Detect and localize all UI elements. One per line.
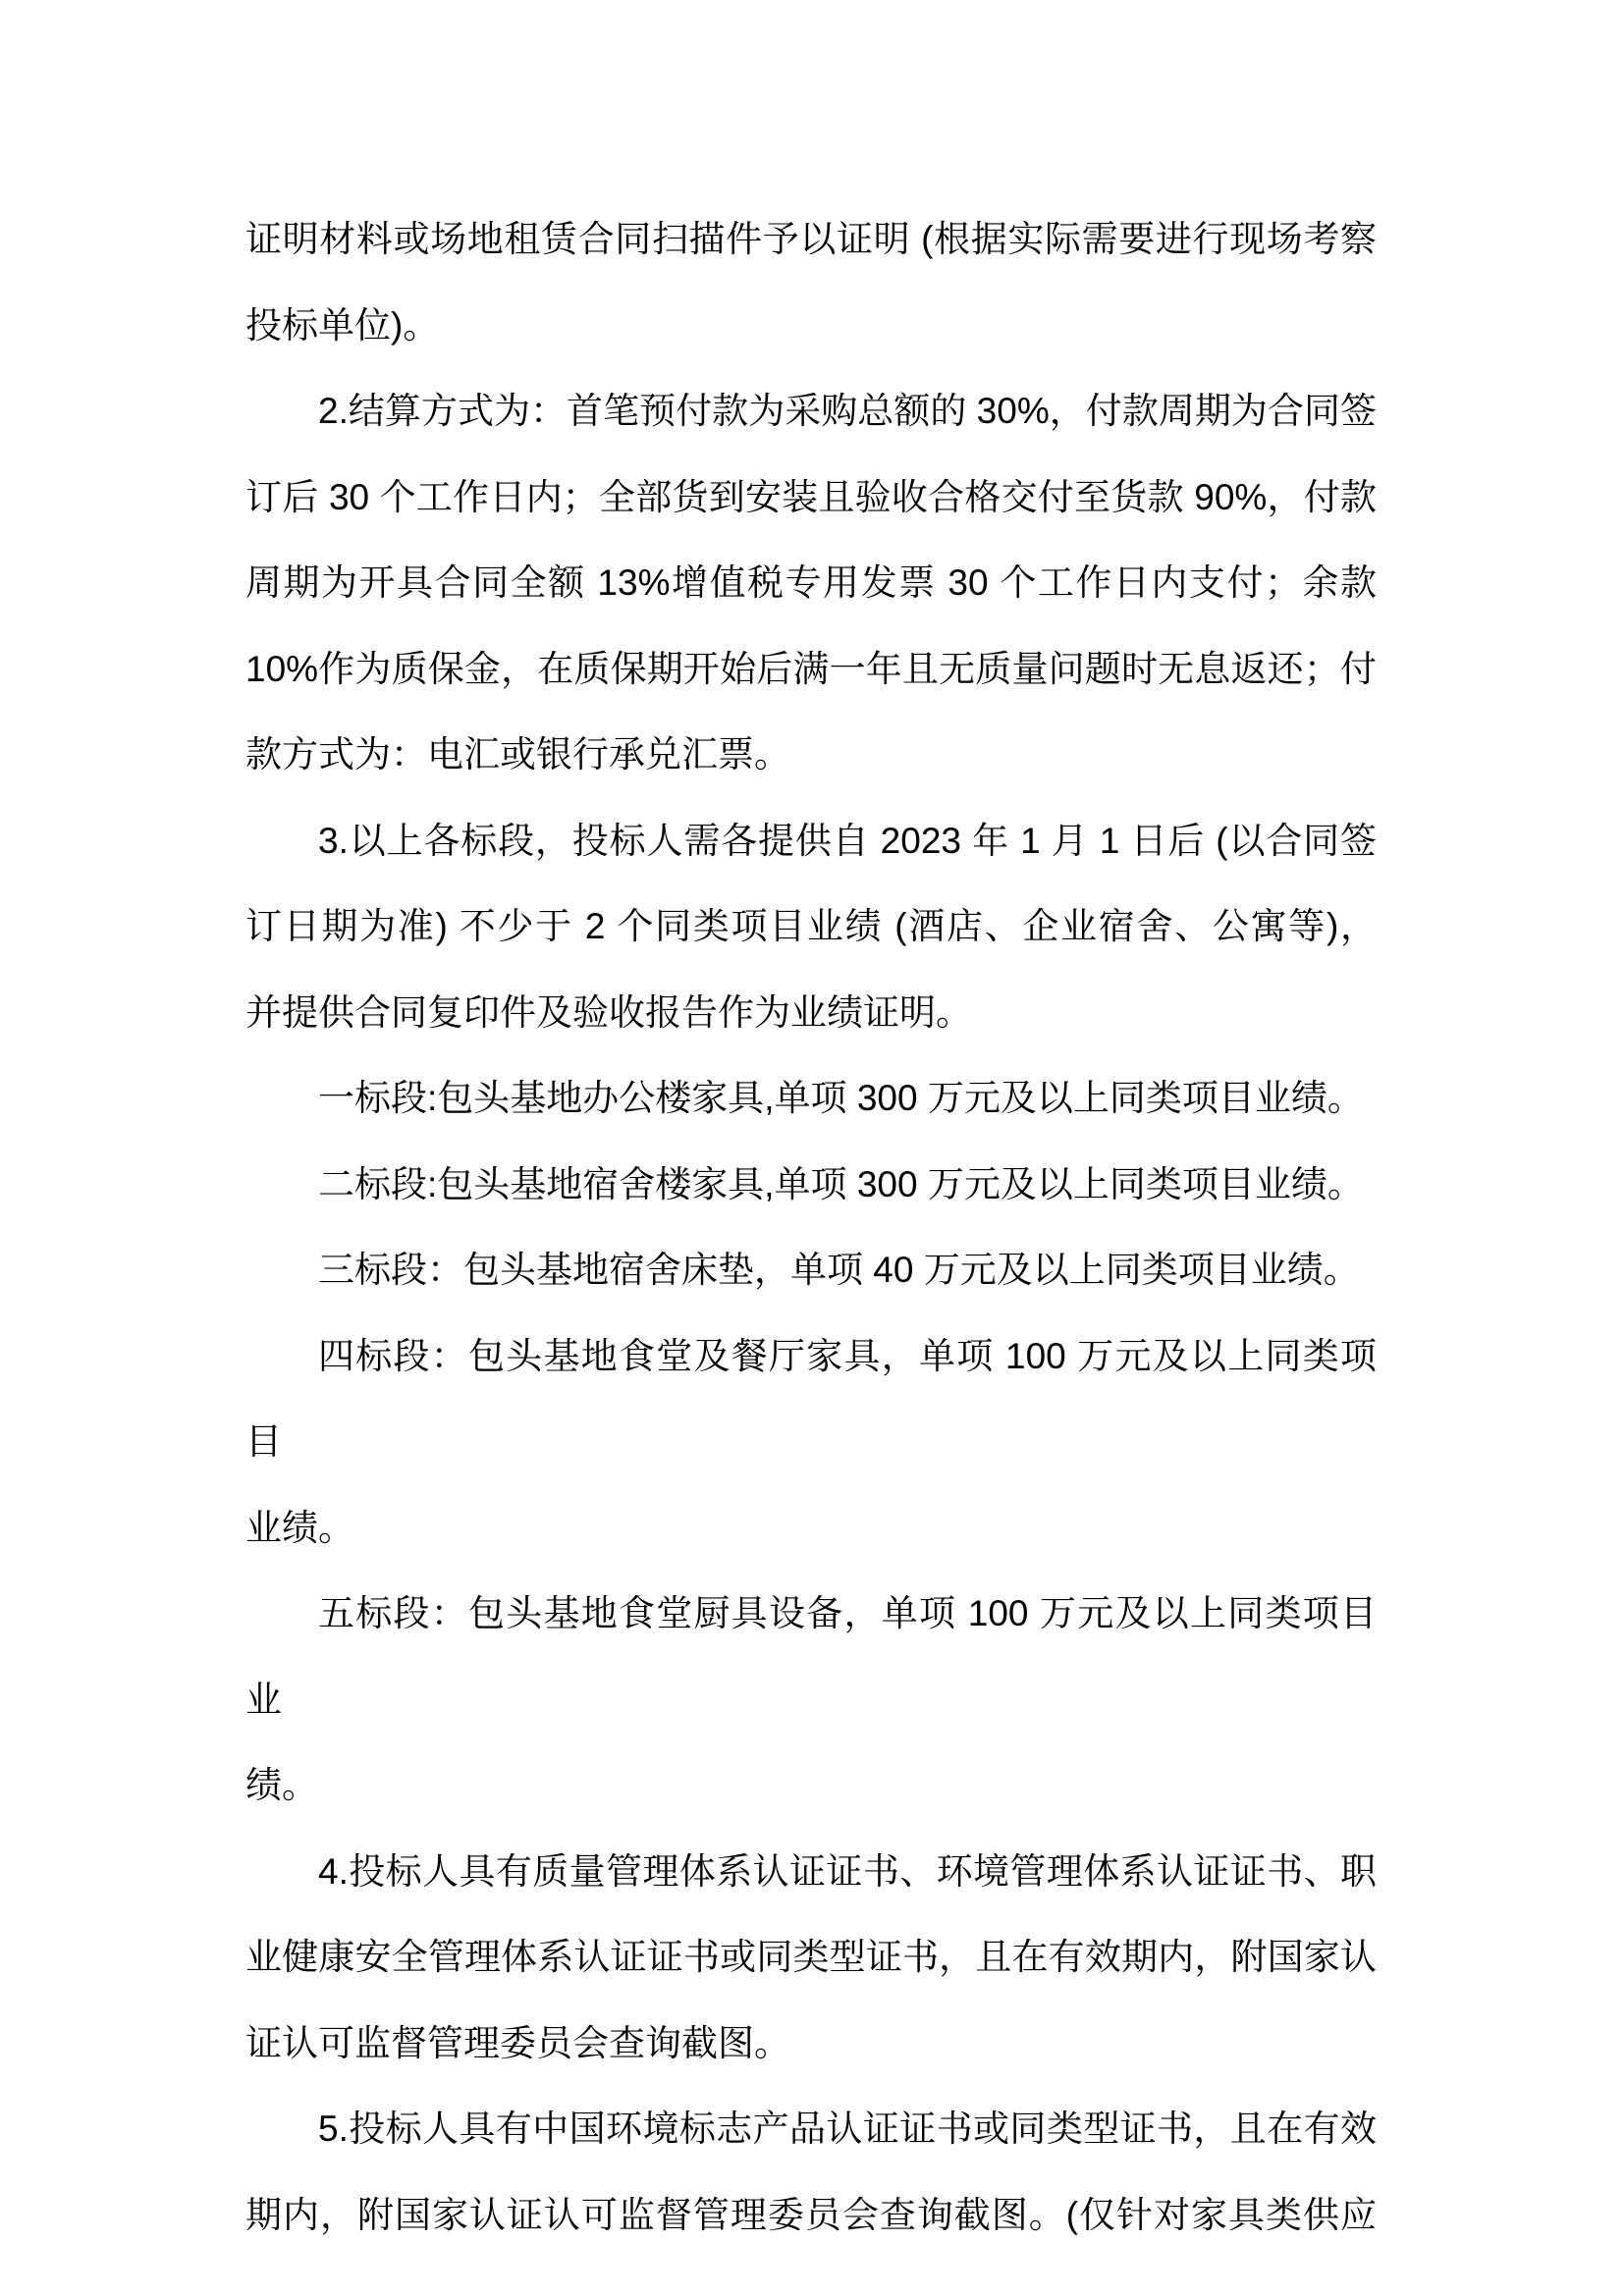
document-text: 证明材料或场地租赁合同扫描件予以证明 (根据实际需要进行现场考察 投标单位)。 … [245, 196, 1377, 2258]
paragraph: 3.以上各标段，投标人需各提供自 2023 年 1 月 1 日后 (以合同签 订… [245, 798, 1377, 1056]
text-line: 订后 30 个工作日内；全部货到安装且验收合格交付至货款 90%，付款 [245, 454, 1377, 541]
paragraph: 三标段：包头基地宿舍床垫，单项 40 万元及以上同类项目业绩。 [245, 1227, 1377, 1313]
paragraph: 一标段:包头基地办公楼家具,单项 300 万元及以上同类项目业绩。 [245, 1055, 1377, 1142]
text-line: 期内，附国家认证认可监督管理委员会查询截图。(仅针对家具类供应 [245, 2172, 1377, 2259]
text-line: 三标段：包头基地宿舍床垫，单项 40 万元及以上同类项目业绩。 [245, 1227, 1377, 1313]
paragraph: 证明材料或场地租赁合同扫描件予以证明 (根据实际需要进行现场考察 投标单位)。 [245, 196, 1377, 368]
text-line: 款方式为：电汇或银行承兑汇票。 [245, 712, 1377, 798]
paragraph: 五标段：包头基地食堂厨具设备，单项 100 万元及以上同类项目业 绩。 [245, 1571, 1377, 1829]
paragraph: 5.投标人具有中国环境标志产品认证证书或同类型证书，且在有效 期内，附国家认证认… [245, 2086, 1377, 2258]
paragraph: 四标段：包头基地食堂及餐厅家具，单项 100 万元及以上同类项目 业绩。 [245, 1313, 1377, 1572]
text-line: 业健康安全管理体系认证证书或同类型证书，且在有效期内，附国家认 [245, 1914, 1377, 2001]
text-line: 4.投标人具有质量管理体系认证证书、环境管理体系认证证书、职 [245, 1829, 1377, 1915]
text-line: 2.结算方式为：首笔预付款为采购总额的 30%，付款周期为合同签 [245, 368, 1377, 454]
text-line: 5.投标人具有中国环境标志产品认证证书或同类型证书，且在有效 [245, 2086, 1377, 2172]
text-line: 3.以上各标段，投标人需各提供自 2023 年 1 月 1 日后 (以合同签 [245, 798, 1377, 884]
text-line: 绩。 [245, 1742, 1377, 1829]
paragraph: 2.结算方式为：首笔预付款为采购总额的 30%，付款周期为合同签 订后 30 个… [245, 368, 1377, 798]
text-line: 周期为开具合同全额 13%增值税专用发票 30 个工作日内支付；余款 [245, 540, 1377, 626]
paragraph: 4.投标人具有质量管理体系认证证书、环境管理体系认证证书、职 业健康安全管理体系… [245, 1829, 1377, 2087]
text-line: 一标段:包头基地办公楼家具,单项 300 万元及以上同类项目业绩。 [245, 1055, 1377, 1142]
text-line: 二标段:包头基地宿舍楼家具,单项 300 万元及以上同类项目业绩。 [245, 1142, 1377, 1228]
paragraph: 二标段:包头基地宿舍楼家具,单项 300 万元及以上同类项目业绩。 [245, 1142, 1377, 1228]
text-line: 四标段：包头基地食堂及餐厅家具，单项 100 万元及以上同类项目 [245, 1313, 1377, 1485]
text-line: 业绩。 [245, 1485, 1377, 1572]
text-line: 并提供合同复印件及验收报告作为业绩证明。 [245, 970, 1377, 1056]
document-page: 证明材料或场地租赁合同扫描件予以证明 (根据实际需要进行现场考察 投标单位)。 … [0, 0, 1624, 2296]
text-line: 投标单位)。 [245, 283, 1377, 369]
text-line: 10%作为质保金，在质保期开始后满一年且无质量问题时无息返还；付 [245, 626, 1377, 713]
text-line: 五标段：包头基地食堂厨具设备，单项 100 万元及以上同类项目业 [245, 1571, 1377, 1742]
text-line: 证明材料或场地租赁合同扫描件予以证明 (根据实际需要进行现场考察 [245, 196, 1377, 283]
text-line: 证认可监督管理委员会查询截图。 [245, 2001, 1377, 2087]
text-line: 订日期为准) 不少于 2 个同类项目业绩 (酒店、企业宿舍、公寓等)， [245, 883, 1377, 970]
